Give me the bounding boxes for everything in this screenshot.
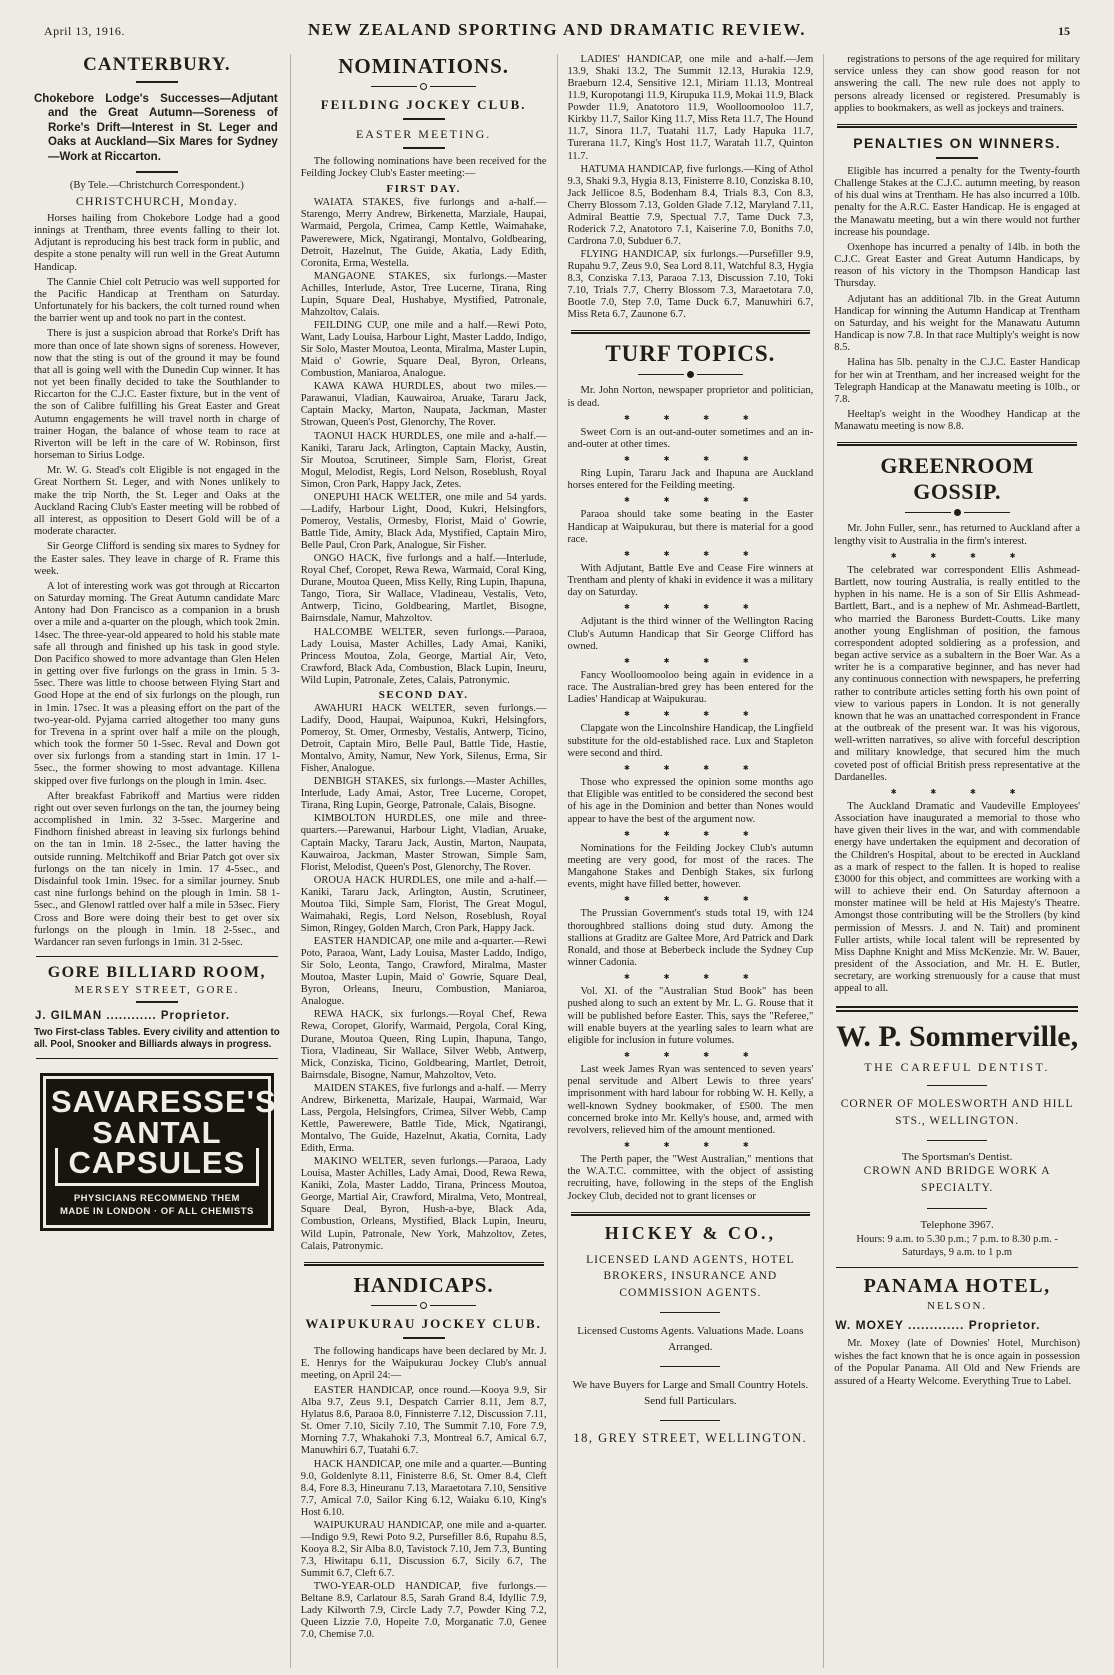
paragraph: Nominations for the Feilding Jockey Club… <box>568 843 814 892</box>
rule <box>136 1001 178 1003</box>
paragraph: Adjutant is the third winner of the Well… <box>568 616 814 653</box>
feilding-club-subhead: FEILDING JOCKEY CLUB. <box>301 97 547 113</box>
sommerville-ad-title: W. P. Sommerville, <box>834 1020 1080 1054</box>
paragraph: KIMBOLTON HURDLES, one mile and three-qu… <box>301 813 547 873</box>
publication-title: NEW ZEALAND SPORTING AND DRAMATIC REVIEW… <box>224 20 890 40</box>
sommerville-ad-line4: CROWN AND BRIDGE WORK A SPECIALTY. <box>834 1163 1080 1198</box>
savaresse-tag2: MADE IN LONDON · OF ALL CHEMISTS <box>51 1205 263 1218</box>
greenroom-items: Mr. John Fuller, senr., has returned to … <box>834 523 1080 995</box>
rule <box>927 1208 987 1209</box>
paragraph: A lot of interesting work was got throug… <box>34 581 280 788</box>
paragraph: ONEPUHI HACK WELTER, one mile and 54 yar… <box>301 492 547 552</box>
panama-ad-proprietor: W. MOXEY ............. Proprietor. <box>835 1318 1079 1332</box>
paragraph: Sir George Clifford is sending six mares… <box>34 541 280 578</box>
paragraph: REWA HACK, six furlongs.—Royal Chef, Rew… <box>301 1009 547 1081</box>
gore-billiard-ad: GORE BILLIARD ROOM, MERSEY STREET, GORE.… <box>34 964 280 1051</box>
paragraph: The Cannie Chiel colt Petrucio was well … <box>34 277 280 326</box>
rule <box>927 1140 987 1141</box>
paragraph: HATUMA HANDICAP, five furlongs.—King of … <box>568 164 814 248</box>
paragraph: Halina has 5lb. penalty in the C.J.C. Ea… <box>834 357 1080 406</box>
paragraph: AWAHURI HACK WELTER, seven furlongs.—Lad… <box>301 703 547 775</box>
paragraph: DENBIGH STAKES, six furlongs.—Master Ach… <box>301 776 547 812</box>
paragraph: WAIPUKURAU HANDICAP, one mile and a-quar… <box>301 1520 547 1580</box>
paragraph: HACK HANDICAP, one mile and a quarter.—B… <box>301 1459 547 1519</box>
paragraph: Mr. John Norton, newspaper proprietor an… <box>568 385 814 409</box>
star-separator: ✱ ✱ ✱ ✱ <box>576 764 814 772</box>
rule <box>403 147 445 149</box>
star-separator: ✱ ✱ ✱ ✱ <box>576 414 814 422</box>
section-bar <box>571 330 811 334</box>
column-2: NOMINATIONS. FEILDING JOCKEY CLUB. EASTE… <box>290 54 557 1668</box>
paragraph: Adjutant has an additional 7lb. in the G… <box>834 294 1080 355</box>
newspaper-page: April 13, 1916. NEW ZEALAND SPORTING AND… <box>0 0 1114 1675</box>
paragraph: FEILDING CUP, one mile and a half.—Rewi … <box>301 320 547 380</box>
sommerville-ad-line1: THE CAREFUL DENTIST. <box>834 1060 1080 1075</box>
waipukurau-races: EASTER HANDICAP, once round.—Kooya 9.9, … <box>301 1385 547 1641</box>
rule <box>36 1058 278 1059</box>
paragraph: There is just a suspicion abroad that Ro… <box>34 328 280 462</box>
savaresse-ad-panel: SAVARESSE'S SANTAL CAPSULES PHYSICIANS R… <box>46 1079 268 1225</box>
star-separator: ✱ ✱ ✱ ✱ <box>576 550 814 558</box>
rule <box>927 1085 987 1086</box>
paragraph: EASTER HANDICAP, once round.—Kooya 9.9, … <box>301 1385 547 1457</box>
first-day-races: WAIATA STAKES, five furlongs and a-half.… <box>301 197 547 687</box>
handicap-continuation: LADIES' HANDICAP, one mile and a-half.—J… <box>568 54 814 321</box>
paragraph: The Perth paper, the "West Australian," … <box>568 1154 814 1203</box>
star-separator: ✱ ✱ ✱ ✱ <box>576 455 814 463</box>
paragraph: Last week James Ryan was sentenced to se… <box>568 1064 814 1137</box>
hickey-ad-title: HICKEY & CO., <box>568 1223 814 1244</box>
turf-topics-headline: TURF TOPICS. <box>568 341 814 367</box>
column-3: LADIES' HANDICAP, one mile and a-half.—J… <box>557 54 824 1668</box>
paragraph: ONGO HACK, five furlongs and a half.—Int… <box>301 553 547 625</box>
penalties-body: Eligible has incurred a penalty for the … <box>834 166 1080 434</box>
column-1: CANTERBURY. Chokebore Lodge's Successes—… <box>24 54 290 1668</box>
paragraph: The celebrated war correspondent Ellis A… <box>834 565 1080 784</box>
paragraph: Paraoa should take some beating in the E… <box>568 509 814 546</box>
paragraph: HALCOMBE WELTER, seven furlongs.—Paraoa,… <box>301 627 547 687</box>
second-day-label: SECOND DAY. <box>301 689 547 701</box>
page-number: 15 <box>890 24 1070 39</box>
ornament-divider <box>301 83 547 90</box>
handicaps-intro: The following handicaps have been declar… <box>301 1346 547 1383</box>
paragraph: registrations to persons of the age requ… <box>834 54 1080 115</box>
rule <box>660 1312 720 1313</box>
section-bar <box>304 1262 544 1266</box>
ornament-divider <box>301 1302 547 1309</box>
star-separator: ✱ ✱ ✱ ✱ <box>576 710 814 718</box>
turf-topics-items: Mr. John Norton, newspaper proprietor an… <box>568 385 814 1202</box>
paragraph: Those who expressed the opinion some mon… <box>568 777 814 826</box>
ornament-divider <box>568 371 814 378</box>
savaresse-line1: SAVARESSE'S <box>51 1087 263 1117</box>
columns: CANTERBURY. Chokebore Lodge's Successes—… <box>0 48 1114 1668</box>
paragraph: With Adjutant, Battle Eve and Cease Fire… <box>568 563 814 600</box>
star-separator: ✱ ✱ ✱ ✱ <box>576 657 814 665</box>
nominations-headline: NOMINATIONS. <box>301 54 547 79</box>
hickey-ad-line1: LICENSED LAND AGENTS, HOTEL BROKERS, INS… <box>568 1252 814 1302</box>
sommerville-ad-phone: Telephone 3967. <box>834 1219 1080 1231</box>
paragraph: After breakfast Fabrikoff and Martius we… <box>34 791 280 949</box>
section-bar <box>837 124 1077 128</box>
canterbury-summary: Chokebore Lodge's Successes—Adjutant and… <box>34 90 280 166</box>
star-separator: ✱ ✱ ✱ ✱ <box>576 830 814 838</box>
sommerville-ad: W. P. Sommerville, THE CAREFUL DENTIST. … <box>834 1020 1080 1260</box>
gore-ad-title: GORE BILLIARD ROOM, <box>34 964 280 982</box>
byline: (By Tele.—Christchurch Correspondent.) <box>34 180 280 191</box>
star-separator: ✱ ✱ ✱ ✱ <box>842 552 1080 560</box>
star-separator: ✱ ✱ ✱ ✱ <box>576 496 814 504</box>
rule <box>403 118 445 120</box>
second-day-races: AWAHURI HACK WELTER, seven furlongs.—Lad… <box>301 703 547 1253</box>
paragraph: TAONUI HACK HURDLES, one mile and a-half… <box>301 431 547 491</box>
savaresse-tagline: PHYSICIANS RECOMMEND THEM MADE IN LONDON… <box>51 1192 263 1219</box>
waipukurau-club-subhead: WAIPUKURAU JOCKEY CLUB. <box>301 1316 547 1332</box>
section-bar <box>837 442 1077 446</box>
gore-ad-address: MERSEY STREET, GORE. <box>34 984 280 996</box>
rule <box>403 1337 445 1339</box>
paragraph: Mr. John Fuller, senr., has returned to … <box>834 523 1080 547</box>
paragraph: MAIDEN STAKES, five furlongs and a-half.… <box>301 1083 547 1155</box>
savaresse-line3: CAPSULES <box>60 1148 254 1178</box>
savaresse-ad: SAVARESSE'S SANTAL CAPSULES PHYSICIANS R… <box>40 1073 274 1231</box>
panama-ad-location: NELSON. <box>834 1300 1080 1312</box>
gore-ad-body: Two First-class Tables. Every civility a… <box>34 1027 280 1051</box>
canterbury-body: Horses hailing from Chokebore Lodge had … <box>34 213 280 949</box>
paragraph: MANGAONE STAKES, six furlongs.—Master Ac… <box>301 271 547 319</box>
rule <box>836 1267 1078 1268</box>
section-bar <box>571 1212 811 1216</box>
hickey-ad-line2: Licensed Customs Agents. Valuations Made… <box>568 1323 814 1356</box>
savaresse-ribbon: CAPSULES <box>55 1148 259 1185</box>
paragraph: Mr. W. G. Stead's colt Eligible is not e… <box>34 465 280 538</box>
paragraph: OROUA HACK HURDLES, one mile and a-half.… <box>301 875 547 935</box>
canterbury-headline: CANTERBURY. <box>34 54 280 76</box>
rule <box>936 157 978 159</box>
hickey-ad-line3: We have Buyers for Large and Small Count… <box>568 1377 814 1410</box>
paragraph: The Prussian Government's studs total 19… <box>568 908 814 969</box>
sommerville-ad-line3: The Sportsman's Dentist. <box>834 1151 1080 1163</box>
paragraph: EASTER HANDICAP, one mile and a-quarter.… <box>301 936 547 1008</box>
paragraph: MAKINO WELTER, seven furlongs.—Paraoa, L… <box>301 1156 547 1253</box>
paragraph: The Auckland Dramatic and Vaudeville Emp… <box>834 801 1080 996</box>
paragraph: Vol. XI. of the "Australian Stud Book" h… <box>568 986 814 1047</box>
nominations-intro: The following nominations have been rece… <box>301 156 547 180</box>
paragraph: Oxenhope has incurred a penalty of 14lb.… <box>834 242 1080 291</box>
issue-date: April 13, 1916. <box>44 24 224 39</box>
sommerville-ad-line2: CORNER OF MOLESWORTH AND HILL STS., WELL… <box>834 1096 1080 1131</box>
dateline: CHRISTCHURCH, Monday. <box>34 194 280 209</box>
paragraph: KAWA KAWA HURDLES, about two miles.—Para… <box>301 381 547 429</box>
paragraph: WAIATA STAKES, five furlongs and a-half.… <box>301 197 547 269</box>
first-day-label: FIRST DAY. <box>301 183 547 195</box>
hickey-ad-address: 18, GREY STREET, WELLINGTON. <box>568 1431 814 1446</box>
paragraph: Horses hailing from Chokebore Lodge had … <box>34 213 280 274</box>
panama-hotel-ad: PANAMA HOTEL, NELSON. W. MOXEY .........… <box>834 1275 1080 1388</box>
rule <box>660 1420 720 1421</box>
savaresse-line2: SANTAL <box>51 1118 263 1148</box>
section-bar <box>836 1006 1078 1012</box>
panama-ad-title: PANAMA HOTEL, <box>834 1275 1080 1298</box>
registrations-continuation: registrations to persons of the age requ… <box>834 54 1080 115</box>
rule <box>36 956 278 957</box>
column-4: registrations to persons of the age requ… <box>823 54 1090 1668</box>
penalties-headline: PENALTIES ON WINNERS. <box>834 135 1080 151</box>
easter-meeting-subhead: EASTER MEETING. <box>301 127 547 142</box>
paragraph: Clapgate won the Lincolnshire Handicap, … <box>568 723 814 760</box>
star-separator: ✱ ✱ ✱ ✱ <box>842 788 1080 796</box>
hickey-ad: HICKEY & CO., LICENSED LAND AGENTS, HOTE… <box>568 1223 814 1446</box>
star-separator: ✱ ✱ ✱ ✱ <box>576 1141 814 1149</box>
star-separator: ✱ ✱ ✱ ✱ <box>576 973 814 981</box>
paragraph: Sweet Corn is an out-and-outer sometimes… <box>568 427 814 451</box>
paragraph: Heeltap's weight in the Woodhey Handicap… <box>834 409 1080 433</box>
rule <box>136 81 178 83</box>
gore-ad-proprietor: J. GILMAN ............ Proprietor. <box>35 1010 279 1022</box>
paragraph: TWO-YEAR-OLD HANDICAP, five furlongs.—Be… <box>301 1581 547 1641</box>
star-separator: ✱ ✱ ✱ ✱ <box>576 895 814 903</box>
star-separator: ✱ ✱ ✱ ✱ <box>576 603 814 611</box>
star-separator: ✱ ✱ ✱ ✱ <box>576 1051 814 1059</box>
paragraph: FLYING HANDICAP, six furlongs.—Pursefill… <box>568 249 814 321</box>
greenroom-headline: GREENROOM GOSSIP. <box>834 453 1080 505</box>
paragraph: Eligible has incurred a penalty for the … <box>834 166 1080 239</box>
panama-ad-body: Mr. Moxey (late of Downies' Hotel, Murch… <box>834 1338 1080 1388</box>
sommerville-ad-hours: Hours: 9 a.m. to 5.30 p.m.; 7 p.m. to 8.… <box>834 1233 1080 1260</box>
rule <box>660 1366 720 1367</box>
ornament-divider <box>834 509 1080 516</box>
handicaps-headline: HANDICAPS. <box>301 1273 547 1298</box>
savaresse-tag1: PHYSICIANS RECOMMEND THEM <box>51 1192 263 1205</box>
rule <box>136 171 178 173</box>
paragraph: LADIES' HANDICAP, one mile and a-half.—J… <box>568 54 814 163</box>
paragraph: Fancy Woolloomooloo being again in evide… <box>568 670 814 707</box>
masthead: April 13, 1916. NEW ZEALAND SPORTING AND… <box>0 0 1114 48</box>
paragraph: Ring Lupin, Tararu Jack and Ihapuna are … <box>568 468 814 492</box>
